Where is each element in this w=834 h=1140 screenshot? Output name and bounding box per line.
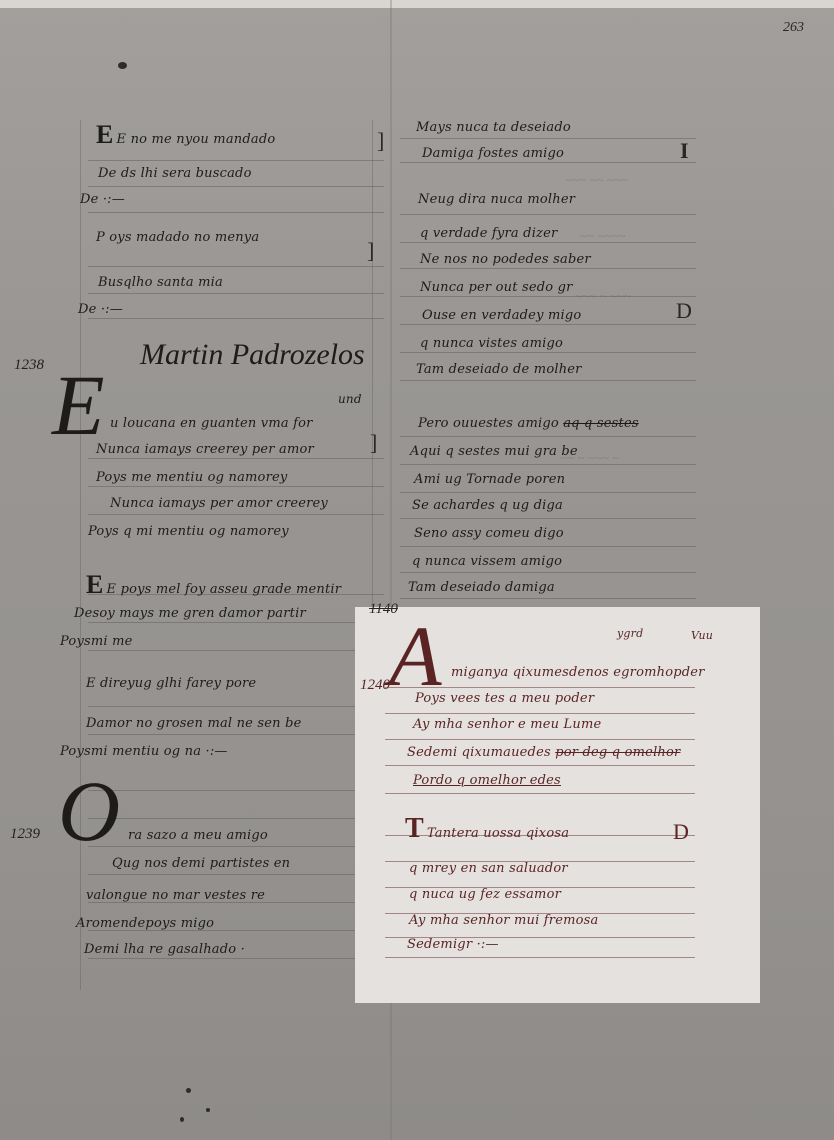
ruled-line [400, 242, 696, 243]
ink-blot [186, 1088, 191, 1093]
decorated-initial: O [58, 768, 123, 854]
verse-line: ra sazo a meu amigo [128, 828, 268, 843]
ruled-line [400, 380, 696, 381]
bracket-mark: ] [377, 128, 384, 154]
ruled-line [88, 514, 384, 515]
verse-line: EE poys mel foy asseu grade mentir [86, 572, 341, 598]
verse-line: Ne nos no podedes saber [420, 252, 591, 267]
ruled-line [400, 518, 696, 519]
show-through-text: ~~ ~~~~ [580, 228, 625, 244]
page-top-edge [0, 0, 834, 8]
ruled-line [88, 846, 358, 847]
ruled-line [88, 160, 384, 161]
verse-line: Poys q mi mentiu og namorey [88, 524, 289, 539]
verse-line: miganya qixumesdenos egromhopder [451, 665, 705, 680]
verse-line: u loucana en guanten vma for [110, 416, 313, 431]
verse-line: De ds lhi sera buscado [98, 166, 252, 181]
ruled-line [88, 622, 384, 623]
poem-number: 1239 [10, 826, 40, 843]
verse-line: Desoy mays me gren damor partir [74, 606, 306, 621]
ruled-line [88, 293, 384, 294]
ruled-line [400, 436, 696, 437]
verse-line: Se achardes q ug diga [412, 498, 563, 513]
annotation: Vuu [691, 629, 713, 642]
verse-line: q mrey en san saluador [409, 861, 568, 876]
bracket-mark: I [680, 138, 689, 164]
ruled-line [88, 818, 358, 819]
verse-line: Aqui q sestes mui gra be [410, 444, 578, 459]
verse-line: Pero ouuestes amigo aq q sestes [418, 416, 639, 431]
bracket-mark: ] [370, 430, 377, 456]
folio-number: 263 [783, 20, 804, 36]
verse-line: Tam deseiado damiga [408, 580, 555, 595]
ruled-line [385, 793, 695, 794]
verse-line: Sedemi qixumauedes por deg q omelhor [407, 745, 680, 760]
ruled-line [88, 958, 358, 959]
ruled-line [400, 352, 696, 353]
verse-line: P oys madado no menya [96, 230, 259, 245]
ruled-line [400, 324, 696, 325]
ruled-line [400, 492, 696, 493]
verse-line: TTantera uossa qixosa [405, 815, 569, 843]
verse-line: Nunca iamays creerey per amor [96, 442, 314, 457]
ink-blot [206, 1108, 210, 1112]
verse-line: Tam deseiado de molher [416, 362, 582, 377]
verse-line: Demi lha re gasalhado · [84, 942, 245, 957]
verse-line: Busqlho santa mia [98, 275, 223, 290]
refrain-line: De ·:— [80, 192, 125, 207]
verse-line: Ay mha senhor e meu Lume [413, 717, 601, 732]
verse-line: valongue no mar vestes re [86, 888, 265, 903]
verse-line: EE no me nyou mandado [96, 122, 275, 148]
margin-rule [372, 120, 373, 650]
verse-line: q verdade fyra dizer [420, 226, 557, 241]
verse-line: Ay mha senhor mui fremosa [409, 913, 599, 928]
ruled-line [88, 318, 384, 319]
ruled-line [400, 214, 696, 215]
poem-number: 1240 [360, 677, 390, 694]
verse-line: Poys me mentiu og namorey [96, 470, 287, 485]
verse-line: Pordo q omelhor edes [413, 773, 561, 788]
annotation: und [338, 392, 362, 406]
ruled-line [385, 765, 695, 766]
verse-line: Aromendepoys migo [76, 916, 214, 931]
ruled-line [88, 790, 358, 791]
ruled-line [88, 650, 384, 651]
struck-text: aq q sestes [563, 416, 638, 431]
ruled-line [88, 706, 358, 707]
ruled-line [88, 266, 384, 267]
ruled-line [400, 162, 696, 163]
ruled-line [400, 598, 696, 599]
refrain-line: De ·:— [78, 302, 123, 317]
ruled-line [400, 138, 696, 139]
verse-line: Ami ug Tornade poren [414, 472, 565, 487]
margin-rule [80, 120, 81, 990]
verse-line: Qug nos demi partistes en [112, 856, 290, 871]
show-through-text: ~~~ ~ ~~~ [575, 288, 631, 304]
bracket-mark: D [673, 819, 689, 845]
ruled-line [88, 486, 384, 487]
ruled-line [400, 296, 696, 297]
ruled-line [400, 268, 696, 269]
author-heading: Martin Padrozelos [140, 338, 365, 372]
refrain-line: Poysmi mentiu og na ·:— [60, 744, 228, 759]
refrain-line: Sedemigr ·:— [407, 937, 499, 952]
ruled-line [88, 458, 384, 459]
ruled-line [400, 572, 696, 573]
verse-line: Seno assy comeu digo [414, 526, 564, 541]
verse-line: q nuca ug fez essamor [409, 887, 561, 902]
verse-line: Neug dira nuca molher [418, 192, 575, 207]
ruled-line [88, 874, 358, 875]
ruled-line [385, 713, 695, 714]
ink-blot [118, 62, 127, 69]
ruled-line [400, 464, 696, 465]
verse-line: Ouse en verdadey migo [422, 308, 581, 323]
show-through-text: ~~~ ~~ ~~~ [565, 172, 628, 188]
ruled-line [88, 186, 384, 187]
refrain-line: Poysmi me [60, 634, 133, 649]
ink-blot [180, 1117, 184, 1122]
bracket-mark: ] [367, 238, 374, 264]
verse-line: Damor no grosen mal ne sen be [86, 716, 302, 731]
struck-text: por deg q omelhor [555, 745, 680, 760]
verse-line: Nunca iamays per amor creerey [110, 496, 328, 511]
poem-number: 1238 [14, 357, 44, 374]
verse-line: Mays nuca ta deseiado [416, 120, 571, 135]
initial-letter: E [96, 120, 114, 149]
ruled-line [385, 957, 695, 958]
highlighted-detail-panel: 1140 1240 ygrd Vuu A miganya qixumesdeno… [355, 607, 760, 1003]
verse-line: q nunca vissem amigo [412, 554, 562, 569]
verse-line: Damiga fostes amigo [422, 146, 564, 161]
ruled-line [88, 212, 384, 213]
ruled-line [88, 734, 358, 735]
ruled-line [400, 546, 696, 547]
ruled-line [385, 739, 695, 740]
verse-line: E direyug glhi farey pore [86, 676, 256, 691]
decorated-initial: E [52, 362, 108, 448]
decorated-initial: A [389, 613, 445, 699]
verse-line: Poys vees tes a meu poder [415, 691, 594, 706]
verse-line: Nunca per out sedo gr [420, 280, 573, 295]
verse-line: q nunca vistes amigo [420, 336, 563, 351]
annotation: ygrd [617, 627, 643, 640]
bracket-mark: D [676, 298, 692, 324]
